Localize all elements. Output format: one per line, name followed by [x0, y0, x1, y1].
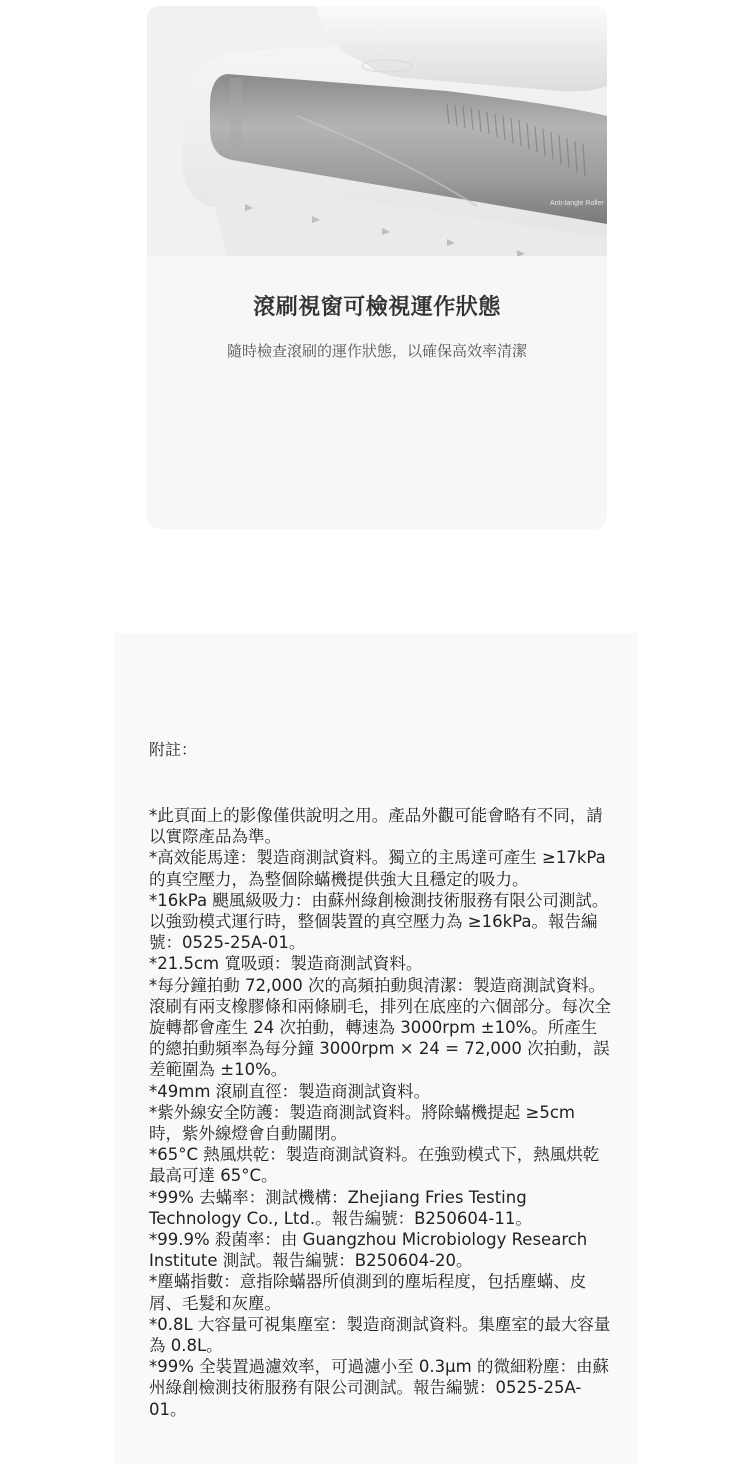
footnote-item: *高效能馬達：製造商測試資料。獨立的主馬達可產生 ≥17kPa 的真空壓力，為整…: [149, 847, 611, 889]
footnote-item: *65°C 熱風烘乾：製造商測試資料。在強勁模式下，熱風烘乾最高可達 65°C。: [149, 1144, 611, 1186]
product-image-roller-window: Anti-tangle Roller: [147, 6, 607, 256]
footnote-item: *0.8L 大容量可視集塵室：製造商測試資料。集塵室的最大容量為 0.8L。: [149, 1314, 611, 1356]
feature-subtitle: 隨時檢查滾刷的運作狀態，以確保高效率清潔: [147, 340, 607, 361]
footnotes-list: *此頁面上的影像僅供說明之用。產品外觀可能會略有不同，請以實際產品為準。 *高效…: [149, 805, 611, 1420]
image-caption: Anti-tangle Roller: [550, 200, 604, 207]
footnote-item: *每分鐘拍動 72,000 次的高頻拍動與清潔：製造商測試資料。滾刷有兩支橡膠條…: [149, 975, 611, 1081]
roller-brush-illustration: Anti-tangle Roller: [147, 6, 607, 256]
footnote-item: *16kPa 颶風級吸力：由蘇州綠創檢測技術服務有限公司測試。以強勁模式運行時，…: [149, 890, 611, 954]
footnote-item: *紫外線安全防護：製造商測試資料。將除蟎機提起 ≥5cm 時，紫外線燈會自動關閉…: [149, 1102, 611, 1144]
footnotes-heading: 附註：: [149, 737, 197, 760]
footnotes-panel: 附註： *此頁面上的影像僅供說明之用。產品外觀可能會略有不同，請以實際產品為準。…: [114, 633, 638, 1464]
footnote-item: *49mm 滾刷直徑：製造商測試資料。: [149, 1081, 611, 1102]
footnote-item: *99.9% 殺菌率：由 Guangzhou Microbiology Rese…: [149, 1229, 611, 1271]
footnote-item: *99% 去蟎率：測試機構：Zhejiang Fries Testing Tec…: [149, 1187, 611, 1229]
feature-title: 滾刷視窗可檢視運作狀態: [147, 290, 607, 321]
footnote-item: *21.5cm 寬吸頭：製造商測試資料。: [149, 953, 611, 974]
footnote-item: *此頁面上的影像僅供說明之用。產品外觀可能會略有不同，請以實際產品為準。: [149, 805, 611, 847]
feature-card: Anti-tangle Roller 滾刷視窗可檢視運作狀態 隨時檢查滾刷的運作…: [147, 6, 607, 529]
footnote-item: *塵蟎指數：意指除蟎器所偵測到的塵垢程度，包括塵蟎、皮屑、毛髮和灰塵。: [149, 1271, 611, 1313]
footnote-item: *99% 全裝置過濾效率，可過濾小至 0.3μm 的微細粉塵：由蘇州綠創檢測技術…: [149, 1356, 611, 1420]
